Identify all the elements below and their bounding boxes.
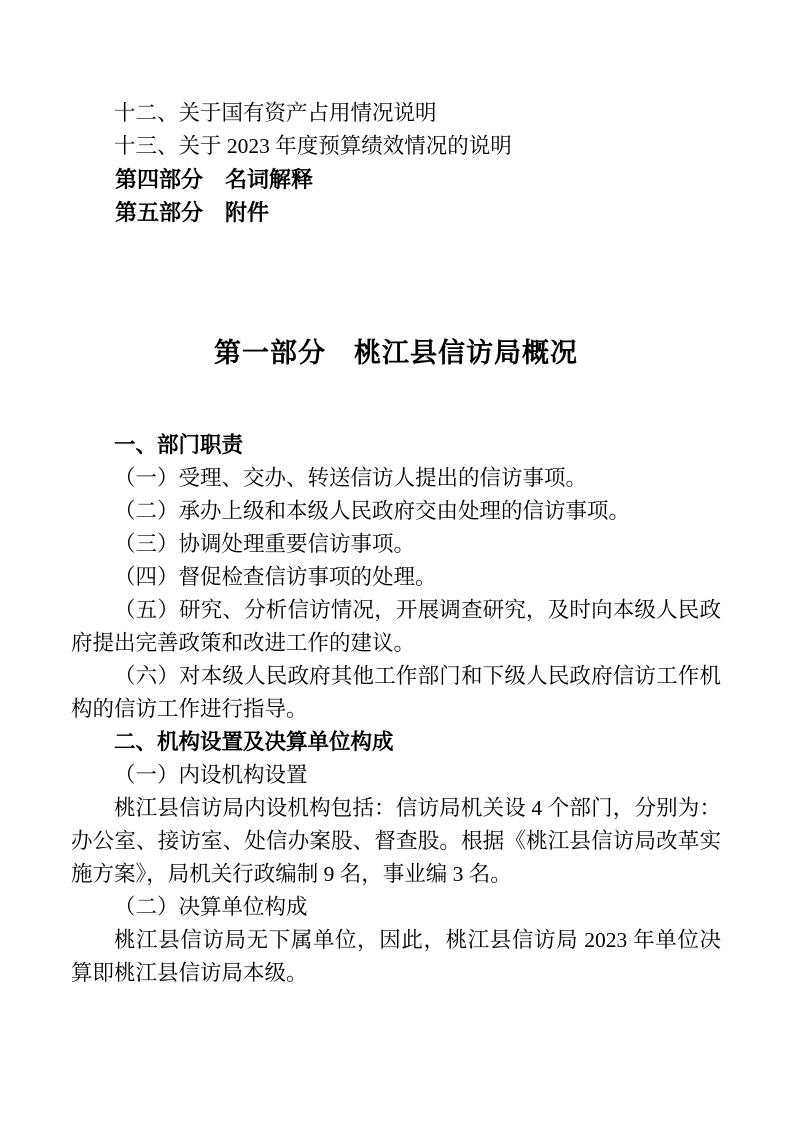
toc-item-12: 十二、关于国有资产占用情况说明 xyxy=(71,97,721,130)
toc-part-4-heading: 第四部分 名词解释 xyxy=(71,163,721,196)
document-page: 十二、关于国有资产占用情况说明 十三、关于 2023 年度预算绩效情况的说明 第… xyxy=(0,0,793,1122)
duty-item-2: （二）承办上级和本级人民政府交由处理的信访事项。 xyxy=(71,495,721,528)
duty-item-1: （一）受理、交办、转送信访人提出的信访事项。 xyxy=(71,462,721,495)
paragraph-final-accounts-units: 桃江县信访局无下属单位，因此，桃江县信访局 2023 年单位决算即桃江县信访局本… xyxy=(71,924,721,990)
part-one-title: 第一部分 桃江县信访局概况 xyxy=(71,333,721,373)
duty-item-6: （六）对本级人民政府其他工作部门和下级人民政府信访工作机构的信访工作进行指导。 xyxy=(71,660,721,726)
duty-item-3: （三）协调处理重要信访事项。 xyxy=(71,528,721,561)
page-content: 十二、关于国有资产占用情况说明 十三、关于 2023 年度预算绩效情况的说明 第… xyxy=(0,0,793,990)
duty-item-5: （五）研究、分析信访情况，开展调查研究，及时向本级人民政府提出完善政策和改进工作… xyxy=(71,594,721,660)
subsection-heading-final-accounts-units: （二）决算单位构成 xyxy=(71,891,721,924)
duty-item-4: （四）督促检查信访事项的处理。 xyxy=(71,561,721,594)
toc-part-5-heading: 第五部分 附件 xyxy=(71,196,721,229)
body-text: 一、部门职责 （一）受理、交办、转送信访人提出的信访事项。 （二）承办上级和本级… xyxy=(71,429,721,990)
section-heading-structure: 二、机构设置及决算单位构成 xyxy=(71,726,721,759)
section-heading-duties: 一、部门职责 xyxy=(71,429,721,462)
subsection-heading-internal-orgs: （一）内设机构设置 xyxy=(71,759,721,792)
toc-item-13: 十三、关于 2023 年度预算绩效情况的说明 xyxy=(71,130,721,163)
paragraph-internal-orgs: 桃江县信访局内设机构包括：信访局机关设 4 个部门，分别为：办公室、接访室、处信… xyxy=(71,792,721,891)
